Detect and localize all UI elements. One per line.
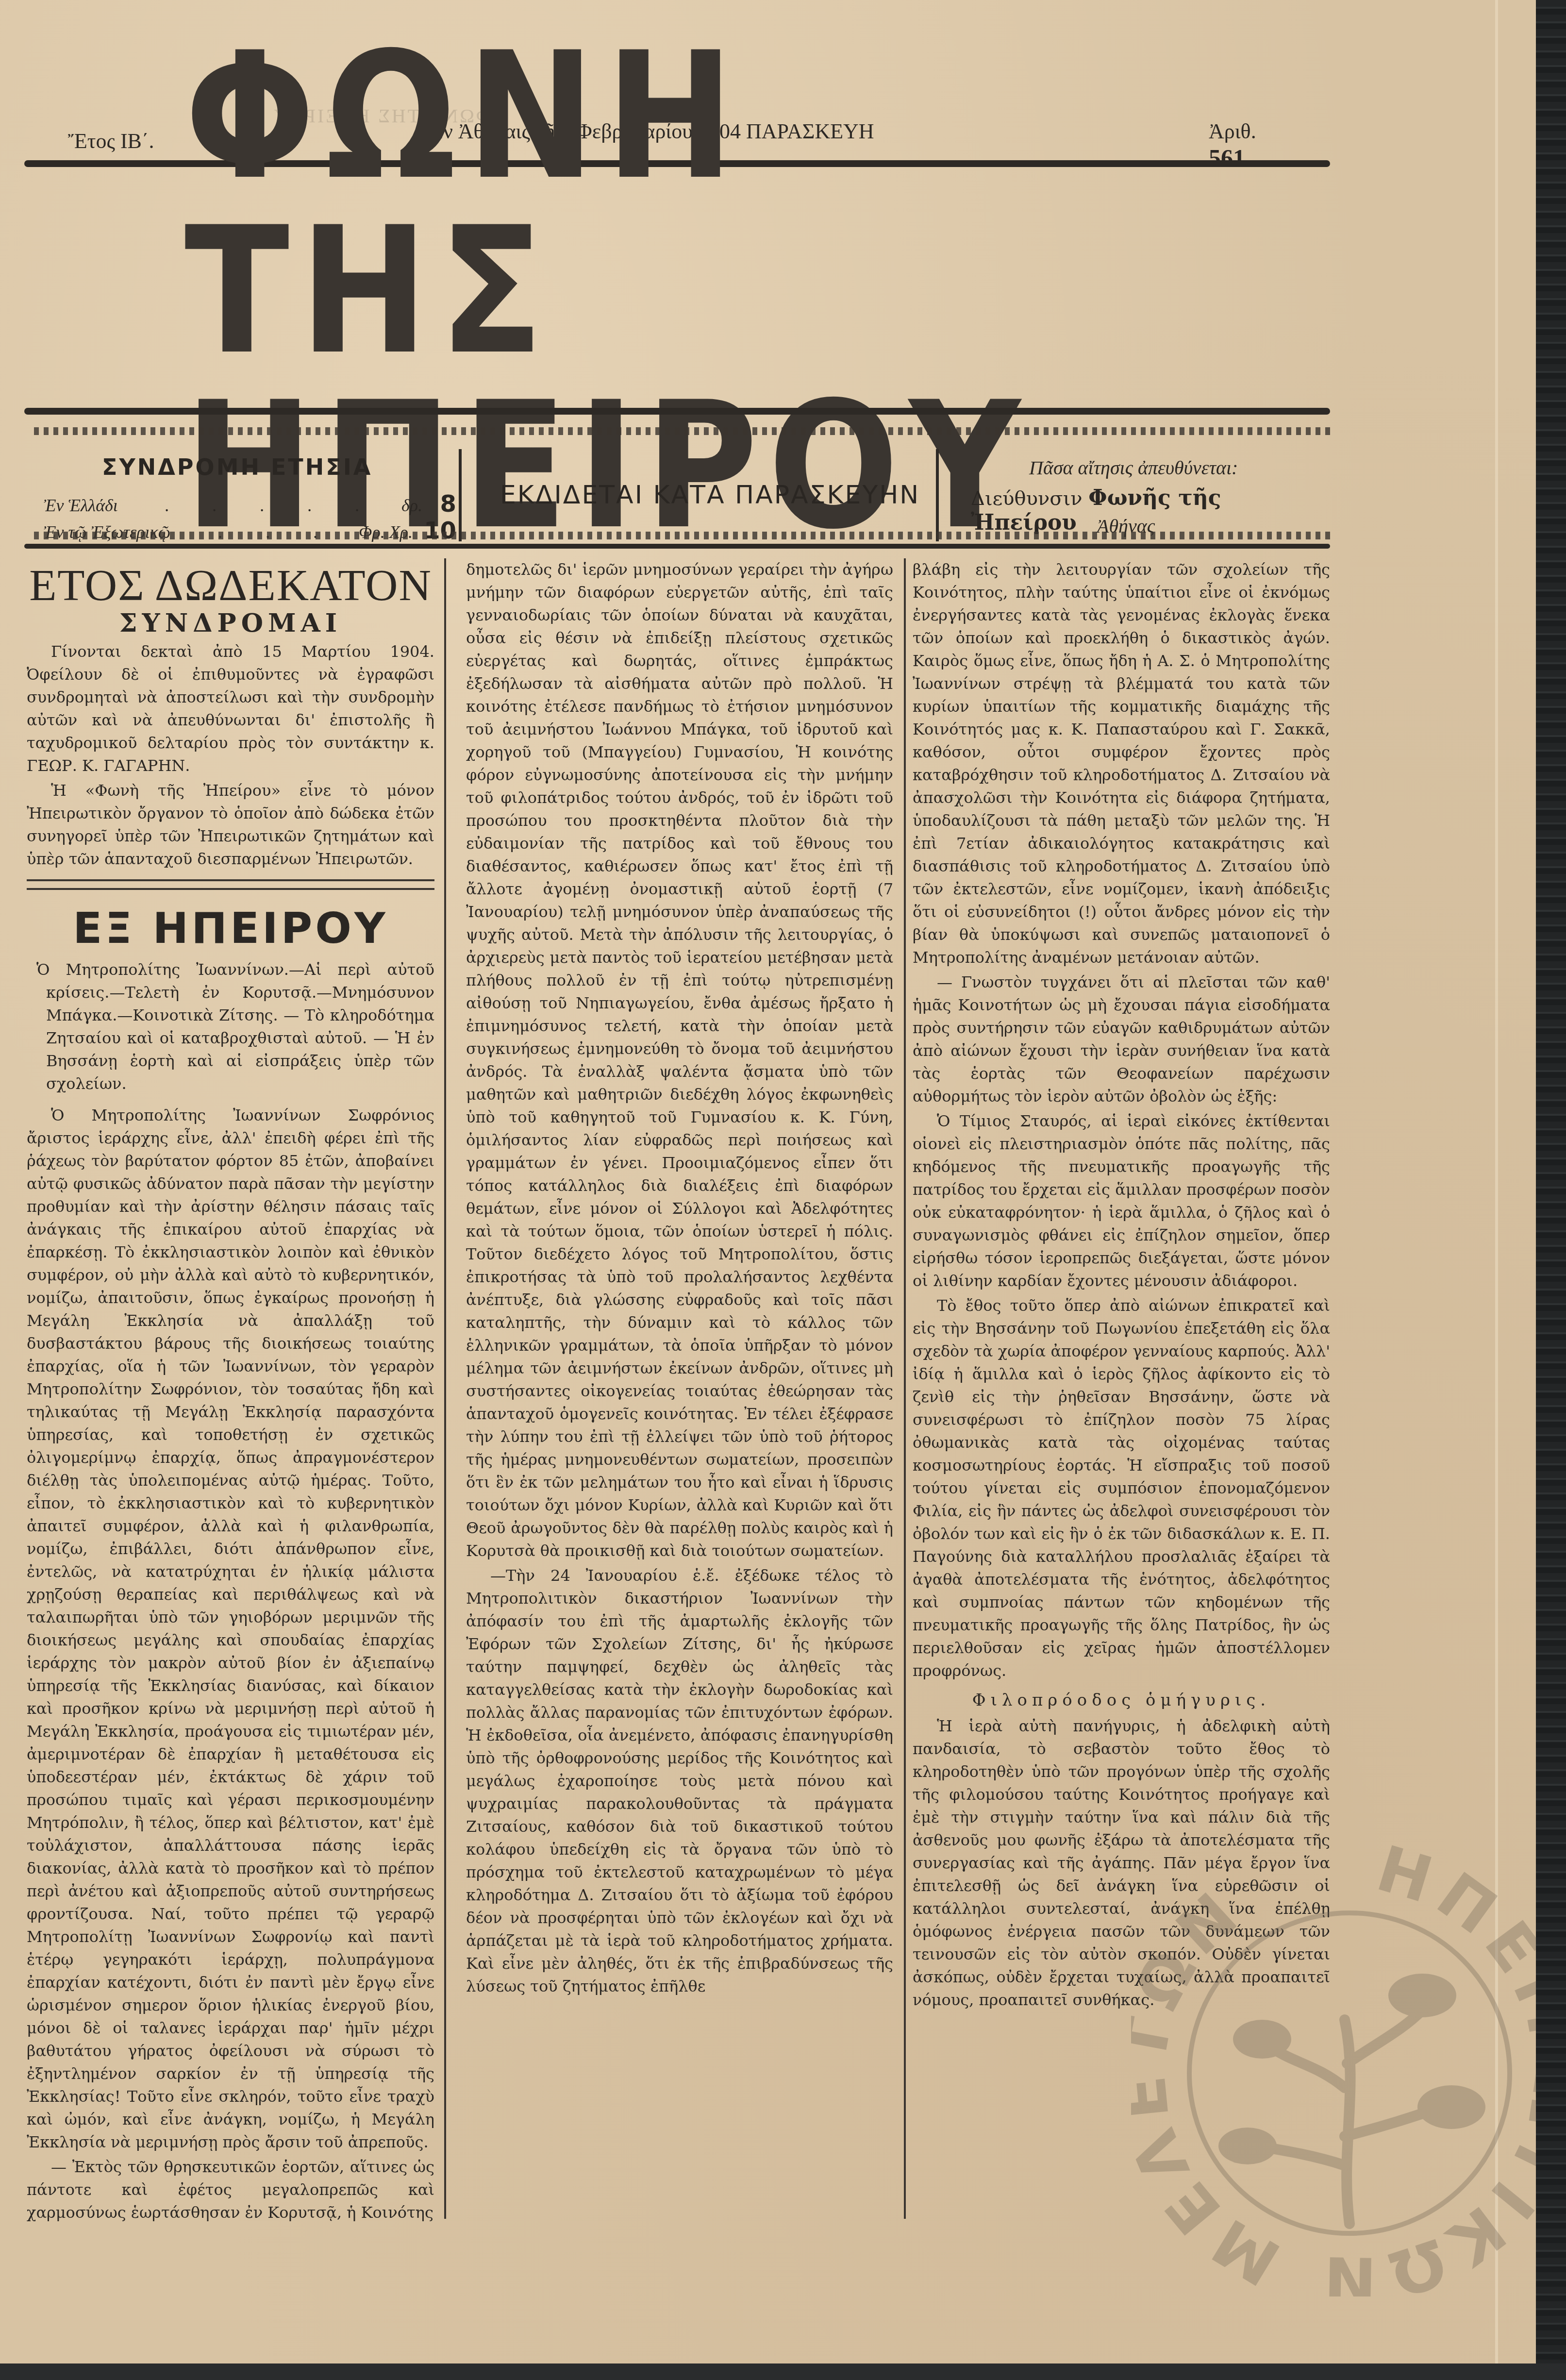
issue-number-value: 561 <box>1209 144 1245 171</box>
column-1: ΕΤΟΣ ΔΩΔΕΚΑΤΟΝ ΣΥΝΔΡΟΜΑΙ Γίνονται δεκταὶ… <box>27 558 434 2226</box>
price-value: 10 <box>424 517 456 544</box>
article-paragraph: Ὁ Τίμιος Σταυρός, αἱ ἱεραὶ εἰκόνες ἐκτίθ… <box>913 1110 1330 1292</box>
price-label: Ἐν Ἑλλάδι <box>44 496 118 515</box>
subheading-progressive-gathering: Φιλοπρόοδος ὁμήγυρις. <box>913 1689 1330 1712</box>
subscription-title: ΣΥΝΔΡΟΜΗ ΕΤΗΣΙΑ <box>102 454 372 480</box>
article-paragraph: — Ἐκτὸς τῶν θρησκευτικῶν ἑορτῶν, αἵτινες… <box>27 2156 434 2224</box>
address-line-1: Πᾶσα αἴτησις ἀπευθύνεται: <box>1029 456 1238 479</box>
column-2: δημοτελῶς δι' ἱερῶν μνημοσύνων γεραίρει … <box>466 558 893 2000</box>
article-paragraph: δημοτελῶς δι' ἱερῶν μνημοσύνων γεραίρει … <box>466 558 893 1562</box>
article-paragraph: Ὁ Μητροπολίτης Ἰωαννίνων Σωφρόνιος ἄριστ… <box>27 1104 434 2154</box>
article-paragraph: —Τὴν 24 Ἰανουαρίου ἑ.ἔ. ἐξέδωκε τέλος τὸ… <box>466 1564 893 1998</box>
masthead-title: ΦΩΝΗ ΤΗΣ ΗΠΕΙΡΟΥ <box>184 192 1065 391</box>
article-paragraph: — Γνωστὸν τυγχάνει ὅτι αἱ πλεῖσται τῶν κ… <box>913 971 1330 1108</box>
section-summary: Ὁ Μητροπολίτης Ἰωαννίνων.—Αἱ περὶ αὐτοῦ … <box>27 958 434 1095</box>
subheading-subscriptions: ΣΥΝΔΡΟΜΑΙ <box>27 612 434 635</box>
book-binding-bottom <box>0 2363 1566 2380</box>
column-divider <box>444 558 446 2219</box>
newspaper-description: Ἡ «Φωνὴ τῆς Ἠπείρου» εἶνε τὸ μόνον Ἠπειρ… <box>27 779 434 871</box>
year-label: Ἔτος ΙΒ΄. <box>68 129 154 153</box>
heading-twelfth-year: ΕΤΟΣ ΔΩΔΕΚΑΤΟΝ <box>27 558 434 612</box>
column-3: βλάβη εἰς τὴν λειτουργίαν τῶν σχολείων τ… <box>913 558 1330 2013</box>
strip-divider <box>459 449 462 541</box>
article-paragraph: Τὸ ἔθος τοῦτο ὅπερ ἀπὸ αἰώνων ἐπικρατεῖ … <box>913 1294 1330 1682</box>
article-paragraph: βλάβη εἰς τὴν λειτουργίαν τῶν σχολείων τ… <box>913 558 1330 969</box>
publication-schedule: ΕΚΔΙΔΕΤΑΙ ΚΑΤΑ ΠΑΡΑΣΚΕΥΗΝ <box>500 481 920 510</box>
address-prefix: Διεύθυνσιν <box>971 487 1083 510</box>
address-box: Πᾶσα αἴτησις ἀπευθύνεται: Διεύθυνσιν Φων… <box>942 449 1330 544</box>
article-paragraph: Ἡ ἱερὰ αὐτὴ πανήγυρις, ἡ ἀδελφικὴ αὐτὴ π… <box>913 1715 1330 2011</box>
price-currency: δρ. <box>401 495 422 516</box>
masthead-rule-bottom <box>24 408 1330 415</box>
subscription-box: ΣΥΝΔΡΟΜΗ ΕΤΗΣΙΑ Ἐν Ἑλλάδι . . . . . δρ. … <box>29 449 456 544</box>
masthead-dotted-rule <box>34 427 1330 435</box>
subscription-strip: ΣΥΝΔΡΟΜΗ ΕΤΗΣΙΑ Ἐν Ἑλλάδι . . . . . δρ. … <box>29 449 1330 544</box>
newspaper-page: ΦΩΝΗ ΤΗΣ ΗΠΕΙΡΟΥ Ἔτος ΙΒ΄. Ἐν Ἀθήναις τῇ… <box>0 0 1536 2364</box>
subscription-notice: Γίνονται δεκταὶ ἀπὸ 15 Μαρτίου 1904. Ὀφε… <box>27 640 434 777</box>
publication-schedule-box: ΕΚΔΙΔΕΤΑΙ ΚΑΤΑ ΠΑΡΑΣΚΕΥΗΝ <box>466 449 932 544</box>
page-fold-line <box>1495 0 1498 2364</box>
section-title-from-epirus: ΕΞ ΗΠΕΙΡΟΥ <box>27 903 434 954</box>
price-value: 8 <box>440 490 456 518</box>
section-separator <box>27 879 434 890</box>
strip-rule-bottom <box>24 544 1330 549</box>
strip-dotted-rule <box>34 532 1330 539</box>
strip-divider <box>936 449 939 541</box>
book-binding-edge <box>1536 0 1566 2380</box>
price-row-greece: Ἐν Ἑλλάδι . . . . . δρ. 8 <box>44 495 456 516</box>
issue-prefix: Ἀριθ. <box>1209 119 1256 143</box>
column-divider <box>904 558 906 2219</box>
price-dots: . . . . . <box>165 495 379 516</box>
